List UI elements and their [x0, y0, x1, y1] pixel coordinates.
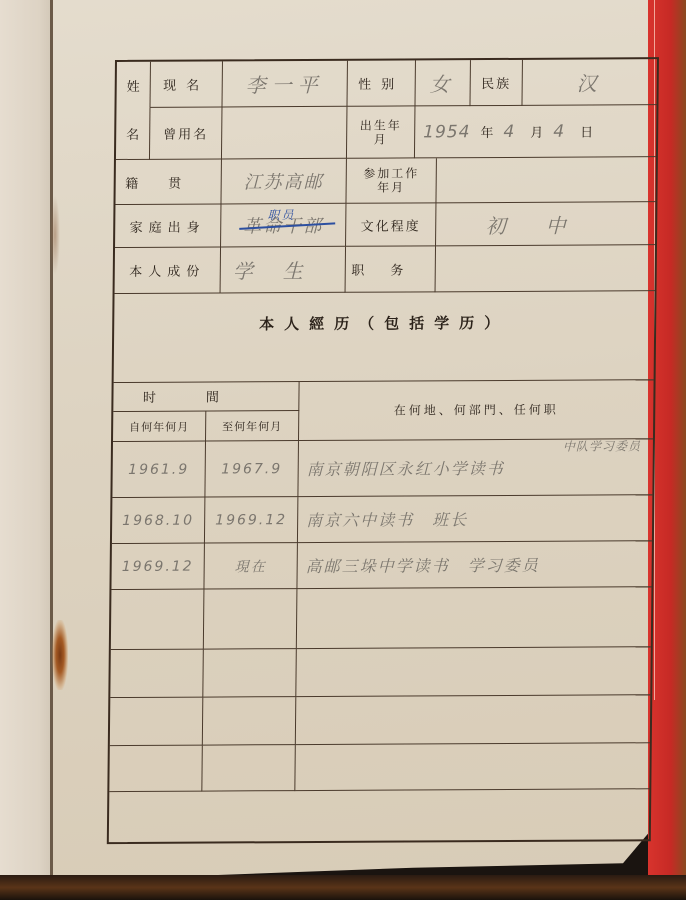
from-header: 自何年何月	[113, 412, 206, 442]
birth-day: 4	[553, 121, 570, 141]
position-value	[436, 245, 655, 292]
birth-date-value: 1954 年 4 月 4 日	[415, 105, 657, 158]
row-7-where	[295, 743, 649, 791]
position-label: 职务	[346, 246, 436, 292]
month-suffix: 月	[530, 122, 543, 141]
row-5-from	[110, 650, 203, 698]
year-suffix: 年	[480, 122, 493, 141]
row-1-from: 1961.9	[112, 442, 206, 498]
row-2-where: 南京六中读书 班长	[298, 495, 652, 543]
row-4-from	[111, 590, 205, 650]
row-7-from	[109, 746, 202, 792]
work-start-value	[436, 157, 655, 203]
background-table	[0, 875, 686, 900]
education-level-label: 文化程度	[346, 203, 436, 246]
row-3-from: 1969.12	[111, 544, 204, 590]
personal-record-form: 姓 名 现名 李一平 性别 女 民族 汉 曾用名 出生年月 1954 年 4 月…	[107, 57, 659, 844]
family-background-value: 革命干部 职员	[221, 204, 346, 248]
row-4-where	[297, 587, 652, 649]
current-name-value: 李一平	[222, 61, 347, 108]
row-6-from	[110, 698, 203, 746]
row-6-where	[296, 695, 650, 745]
work-start-label: 参加工作年月	[346, 158, 436, 203]
birth-year: 1954	[423, 122, 470, 142]
row-5-to	[203, 649, 296, 697]
birth-month: 4	[503, 121, 520, 141]
row-1-where-text: 南京朝阳区永红小学读书	[307, 456, 505, 480]
row-2-to: 1969.12	[205, 497, 298, 543]
family-background-label: 家庭出身	[115, 204, 221, 248]
binding-gutter	[50, 0, 53, 900]
surname-label: 姓	[116, 62, 150, 108]
left-page	[0, 0, 56, 900]
birth-date-label: 出生年月	[347, 106, 416, 158]
native-place-label: 籍贯	[115, 159, 221, 205]
where-header: 在何地、何部門、任何职	[299, 379, 654, 441]
former-name-label: 曾用名	[150, 107, 223, 159]
gender-label: 性别	[347, 60, 415, 106]
gender-value: 女	[415, 60, 470, 106]
row-1-note: 中队学习委员	[563, 437, 641, 454]
to-header: 至何年何月	[206, 411, 299, 441]
row-1-to: 1967.9	[205, 441, 299, 497]
stain	[50, 195, 60, 275]
personal-status-value: 学生	[221, 247, 346, 294]
row-7-to	[202, 745, 295, 791]
family-background-correction: 职员	[267, 206, 295, 223]
row-3-to: 現在	[204, 543, 297, 589]
row-1-where: 南京朝阳区永红小学读书 中队学习委员	[298, 439, 653, 497]
personal-status-label: 本人成份	[115, 247, 221, 294]
former-name-value	[222, 107, 348, 160]
time-header: 时間	[113, 381, 299, 412]
row-2-from: 1968.10	[112, 498, 205, 544]
ethnicity-value: 汉	[522, 59, 656, 106]
education-level-value: 初中	[436, 202, 655, 246]
history-section-title: 本人經历（包括学历）	[114, 291, 655, 354]
given-name-label: 名	[116, 108, 151, 160]
row-5-where	[296, 647, 650, 697]
row-6-to	[203, 697, 296, 745]
rusty-staple	[52, 620, 68, 690]
ethnicity-label: 民族	[470, 60, 522, 106]
row-3-where: 高邮三垛中学读书 学习委员	[297, 541, 651, 589]
bleed-through-mark	[440, 785, 500, 805]
day-suffix: 日	[580, 121, 593, 140]
native-place-value: 江苏高邮	[221, 159, 346, 205]
current-name-label: 现名	[150, 61, 222, 107]
row-4-to	[204, 589, 298, 649]
